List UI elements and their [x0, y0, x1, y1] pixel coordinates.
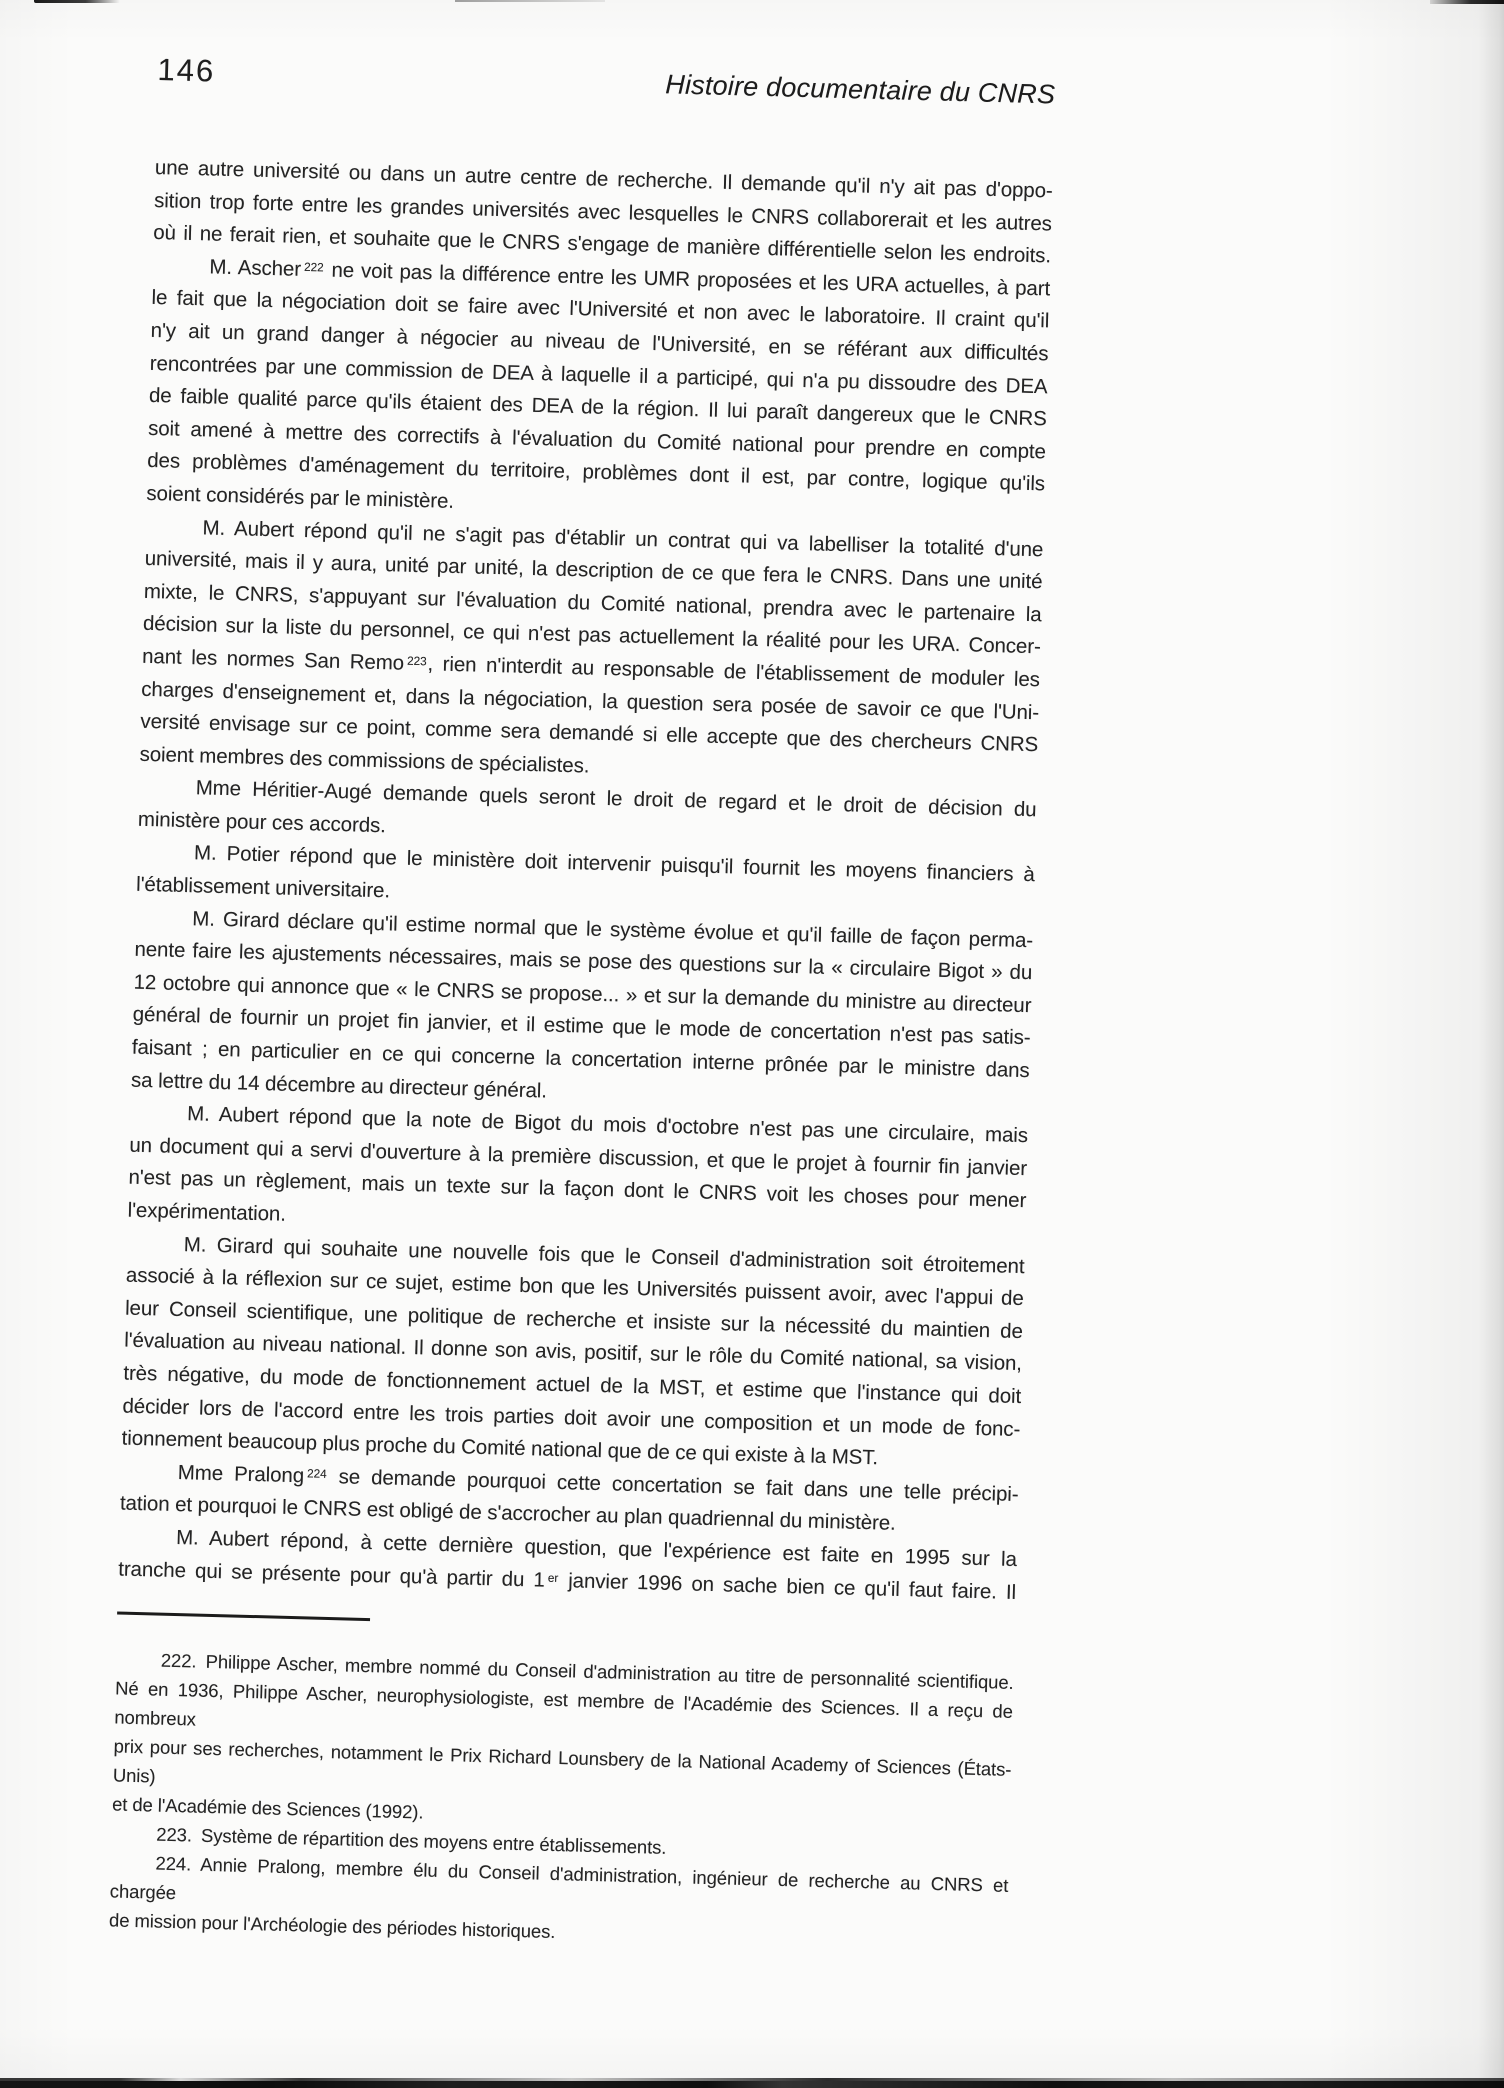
scan-artifact-top-center — [455, 0, 605, 2]
page-content: 146 Histoire documentaire du CNRS une au… — [109, 52, 1056, 1957]
scanned-book-page: 146 Histoire documentaire du CNRS une au… — [0, 0, 1504, 2088]
footnote-ref: 222 — [304, 260, 324, 275]
scan-artifact-top-left — [34, 0, 120, 3]
footnote-ref: 223 — [407, 654, 427, 669]
footnote-ref: 224 — [307, 1466, 327, 1481]
scan-artifact-bottom-strip — [0, 2081, 1504, 2088]
footnote-rule — [117, 1612, 370, 1621]
running-title: Histoire documentaire du CNRS — [665, 69, 1056, 110]
page-header: 146 Histoire documentaire du CNRS — [157, 52, 1056, 115]
footnotes-section: 222. Philippe Ascher, membre nommé du Co… — [109, 1644, 1014, 1957]
scan-artifact-top-right — [1430, 0, 1504, 4]
page-number: 146 — [157, 52, 216, 89]
scan-edge-shadow-right — [1478, 0, 1504, 2088]
footnote-ref: er — [548, 1570, 559, 1584]
body-text: une autre université ou dans un autre ce… — [118, 152, 1053, 1609]
